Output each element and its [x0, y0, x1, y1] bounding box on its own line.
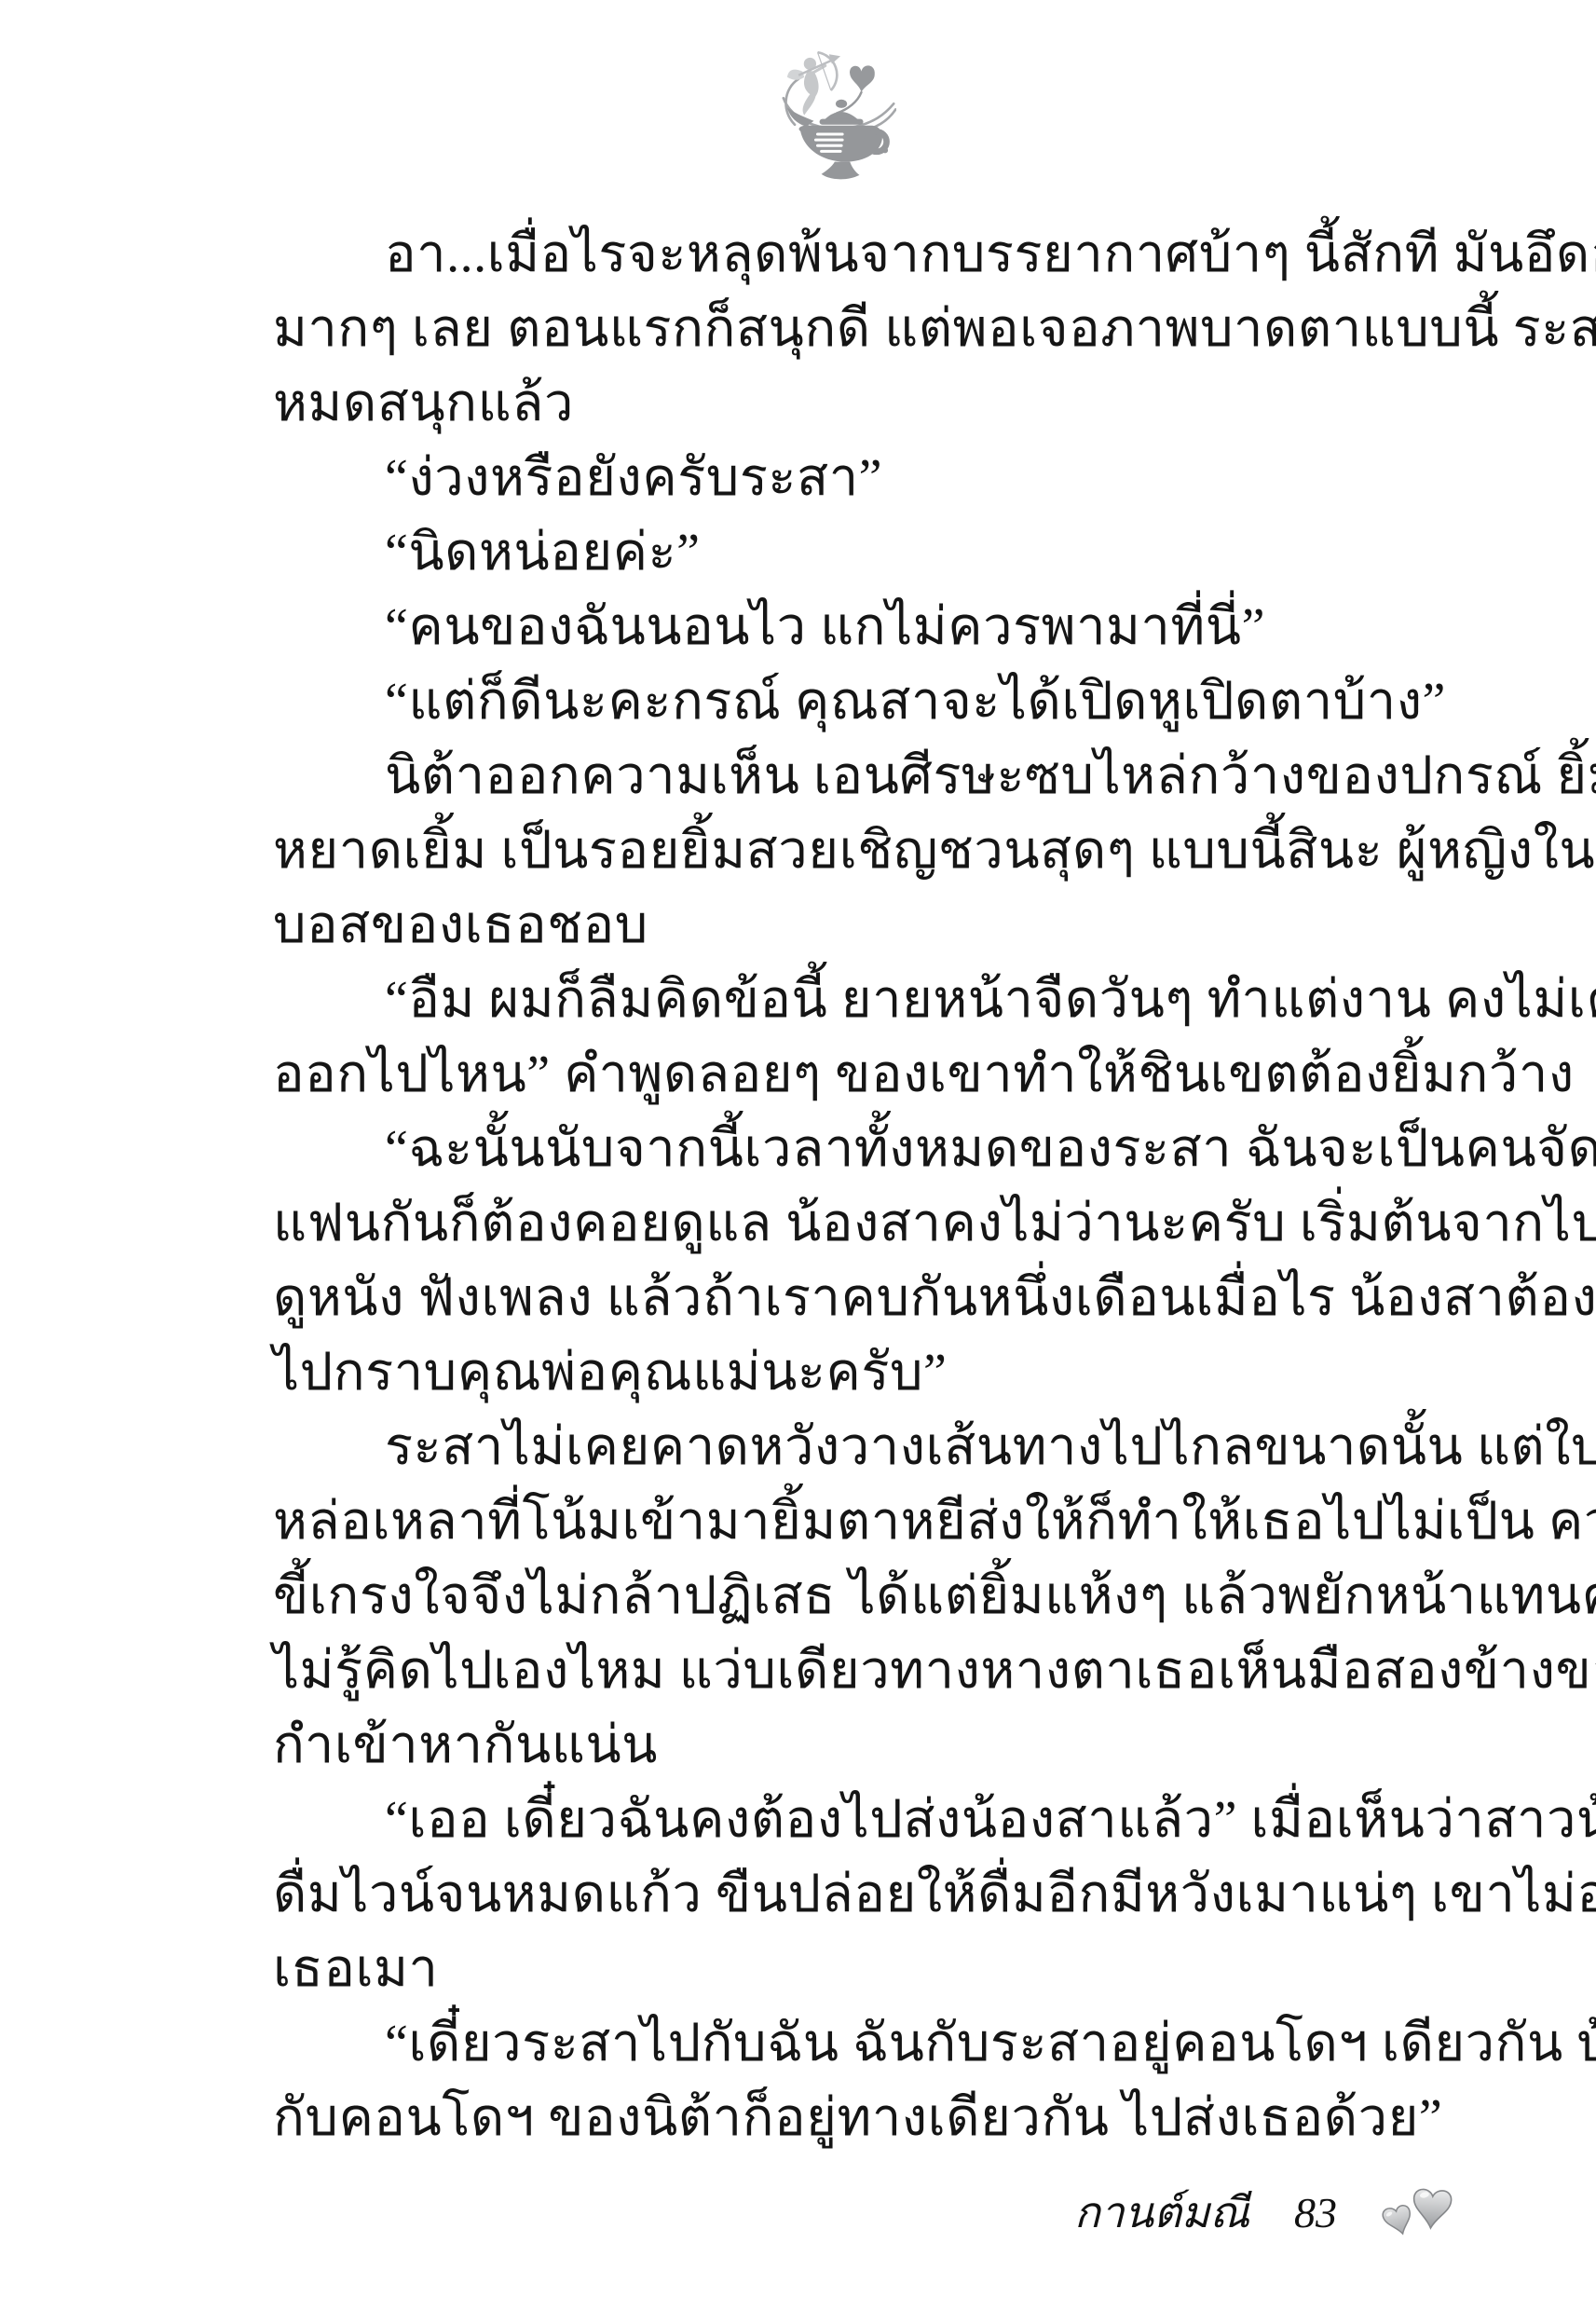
text-line: “เออ เดี๋ยวฉันคงต้องไปส่งน้องสาแล้ว” เมื… [273, 1783, 1413, 1857]
text-line: “คนของฉันนอนไว แกไม่ควรพามาที่นี่” [273, 590, 1413, 664]
text-line: ออกไปไหน” คำพูดลอยๆ ของเขาทำให้ชินเขตต้อ… [273, 1037, 1413, 1112]
text-line: “นิดหน่อยค่ะ” [273, 515, 1413, 590]
text-line: “แต่ก็ดีนะคะกรณ์ คุณสาจะได้เปิดหูเปิดตาบ… [273, 664, 1413, 739]
text-line: ดูหนัง ฟังเพลง แล้วถ้าเราคบกันหนึ่งเดือน… [273, 1261, 1413, 1335]
text-line: กำเข้าหากันแน่น [273, 1708, 1413, 1783]
genie-lamp-cupid-heart-icon [781, 43, 896, 181]
text-line: แฟนกันก็ต้องคอยดูแล น้องสาคงไม่ว่านะครับ… [273, 1186, 1413, 1261]
page-footer: กานต์มณี 83 [1074, 2179, 1456, 2246]
header-ornament [781, 43, 896, 181]
text-line: “ฉะนั้นนับจากนี้เวลาทั้งหมดของระสา ฉันจะ… [273, 1112, 1413, 1186]
text-line: มากๆ เลย ตอนแรกก็สนุกดี แต่พอเจอภาพบาดตา… [273, 292, 1413, 366]
text-line: ขี้เกรงใจจึงไม่กล้าปฏิเสธ ได้แต่ยิ้มแห้ง… [273, 1559, 1413, 1634]
genie-lamp [787, 100, 888, 180]
text-line: หยาดเยิ้ม เป็นรอยยิ้มสวยเชิญชวนสุดๆ แบบน… [273, 814, 1413, 888]
text-line: ไปกราบคุณพ่อคุณแม่นะครับ” [273, 1335, 1413, 1410]
body-text: อา...เมื่อไรจะหลุดพ้นจากบรรยากาศบ้าๆ นี้… [273, 217, 1413, 2155]
twin-hearts-icon [1380, 2182, 1456, 2242]
text-line: “อืม ผมก็ลืมคิดข้อนี้ ยายหน้าจืดวันๆ ทำแ… [273, 963, 1413, 1037]
text-line: เธอเมา [273, 1932, 1413, 2006]
text-line: อา...เมื่อไรจะหลุดพ้นจากบรรยากาศบ้าๆ นี้… [273, 217, 1413, 292]
footer-book-title: กานต์มณี [1074, 2179, 1249, 2247]
text-line: “ง่วงหรือยังครับระสา” [273, 441, 1413, 515]
text-line: หมดสนุกแล้ว [273, 366, 1413, 441]
text-line: “เดี๋ยวระสาไปกับฉัน ฉันกับระสาอยู่คอนโดฯ… [273, 2006, 1413, 2081]
text-line: นิต้าออกความเห็น เอนศีรษะซบไหล่กว้างของป… [273, 739, 1413, 814]
footer-page-number: 83 [1294, 2188, 1337, 2237]
text-line: ระสาไม่เคยคาดหวังวางเส้นทางไปไกลขนาดนั้น… [273, 1410, 1413, 1484]
cupid-figure [787, 52, 840, 115]
text-line: ไม่รู้คิดไปเองไหม แว่บเดียวทางหางตาเธอเห… [273, 1634, 1413, 1708]
text-line: กับคอนโดฯ ของนิต้าก็อยู่ทางเดียวกัน ไปส่… [273, 2081, 1413, 2155]
book-page: อา...เมื่อไรจะหลุดพ้นจากบรรยากาศบ้าๆ นี้… [0, 0, 1596, 2311]
text-line: ดื่มไวน์จนหมดแก้ว ขืนปล่อยให้ดื่มอีกมีหว… [273, 1857, 1413, 1932]
text-line: บอสของเธอชอบ [273, 888, 1413, 963]
text-line: หล่อเหลาที่โน้มเข้ามายิ้มตาหยีส่งให้ก็ทำ… [273, 1484, 1413, 1559]
